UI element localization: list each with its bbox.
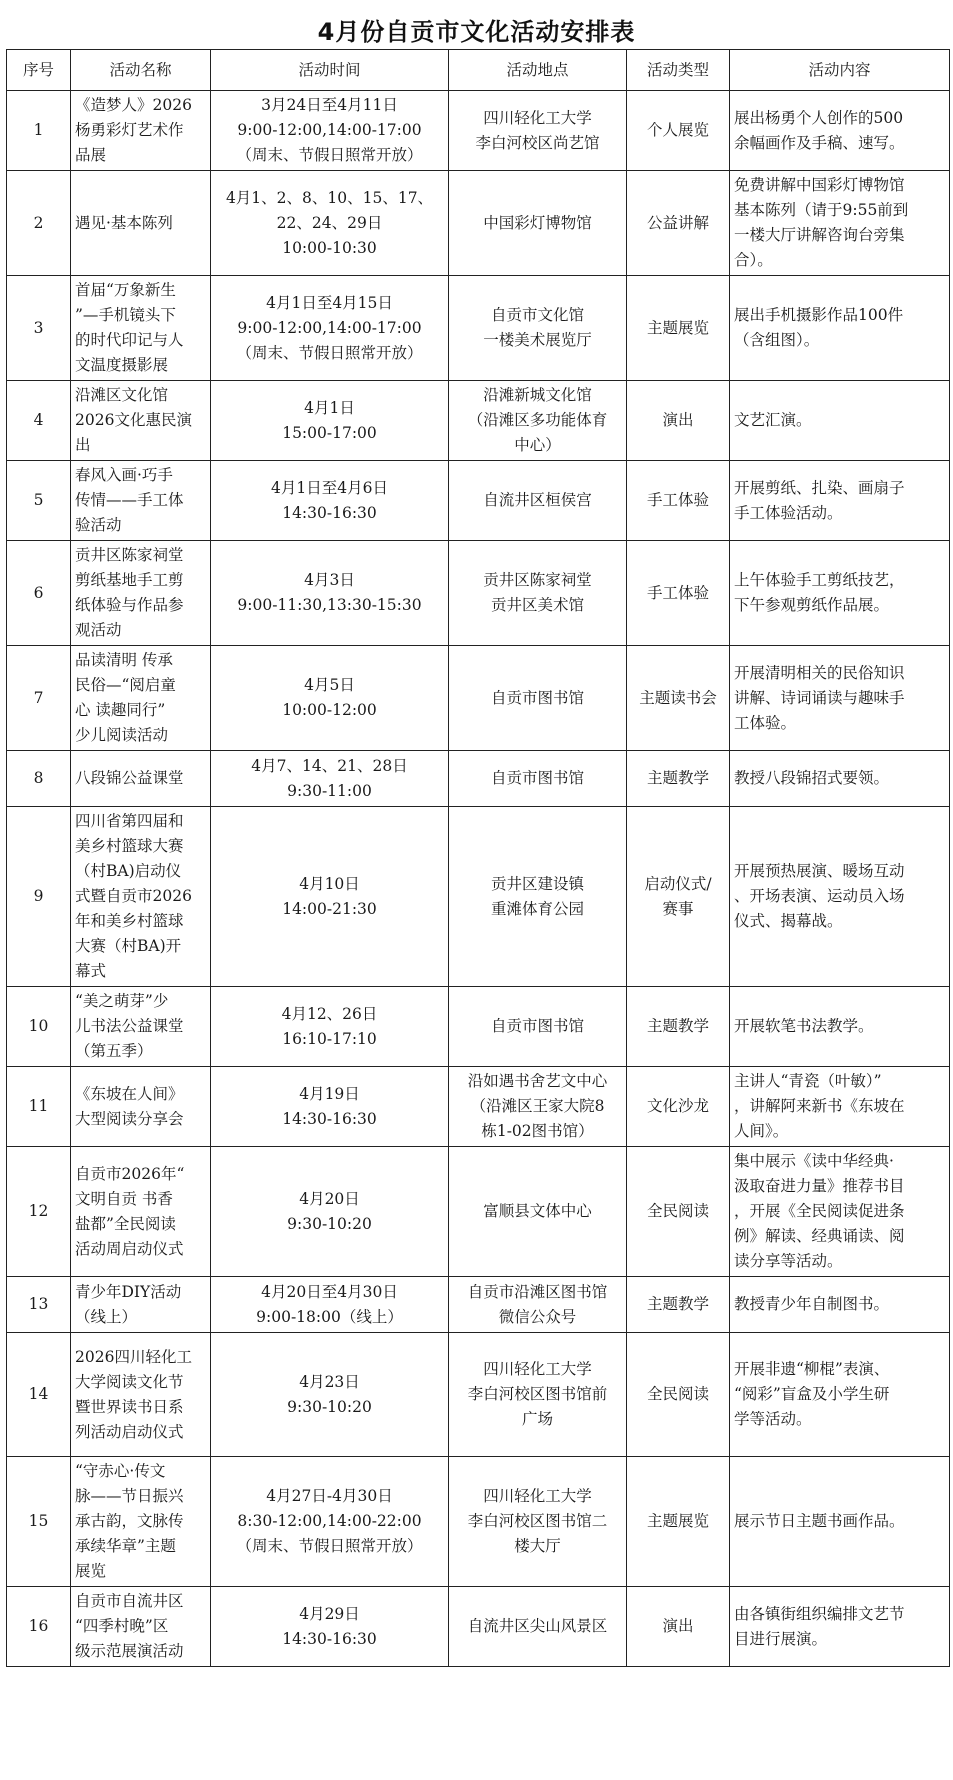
cell-activity-name: 《东坡在人间》大型阅读分享会 <box>71 1067 211 1147</box>
cell-activity-time: 4月27日-4月30日8:30-12:00,14:00-22:00（周末、节假日… <box>211 1457 449 1587</box>
cell-activity-name: 沿滩区文化馆2026文化惠民演出 <box>71 381 211 461</box>
cell-activity-content-line: “阅彩”盲盒及小学生研 <box>734 1382 945 1407</box>
cell-activity-name-line: 2026四川轻化工 <box>75 1345 206 1370</box>
cell-activity-time-line: 14:30-16:30 <box>215 501 444 526</box>
cell-activity-time-line: 4月3日 <box>215 568 444 593</box>
cell-activity-name-line: （线上） <box>75 1305 206 1330</box>
cell-activity-type: 演出 <box>627 1587 730 1667</box>
table-row: 2遇见·基本陈列4月1、2、8、10、15、17、22、24、29日10:00-… <box>7 171 950 276</box>
cell-activity-name-line: 脉——节日振兴 <box>75 1484 206 1509</box>
cell-activity-place-line: （沿滩区王家大院8 <box>453 1094 622 1119</box>
cell-activity-type: 全民阅读 <box>627 1333 730 1457</box>
cell-activity-content-line: ，开展《全民阅读促进条 <box>734 1199 945 1224</box>
cell-activity-name: 自贡市2026年“文明自贡 书香盐都”全民阅读活动周启动仪式 <box>71 1147 211 1277</box>
cell-activity-content-line: 教授青少年自制图书。 <box>734 1292 945 1317</box>
cell-activity-content: 教授八段锦招式要领。 <box>730 751 950 807</box>
cell-activity-time-line: 9:00-18:00（线上） <box>215 1305 444 1330</box>
cell-activity-content: 由各镇街组织编排文艺节目进行展演。 <box>730 1587 950 1667</box>
cell-activity-type-line: 主题教学 <box>631 1292 725 1317</box>
cell-activity-name: 自贡市自流井区“四季村晚”区级示范展演活动 <box>71 1587 211 1667</box>
cell-activity-type: 公益讲解 <box>627 171 730 276</box>
cell-activity-content-line: 文艺汇演。 <box>734 408 945 433</box>
cell-activity-time: 4月23日9:30-10:20 <box>211 1333 449 1457</box>
cell-activity-content: 免费讲解中国彩灯博物馆基本陈列（请于9:55前到一楼大厅讲解咨询台旁集合）。 <box>730 171 950 276</box>
cell-no: 12 <box>7 1147 71 1277</box>
cell-activity-place-line: 自贡市图书馆 <box>453 1014 622 1039</box>
cell-activity-place-line: 栋1-02图书馆） <box>453 1119 622 1144</box>
cell-activity-place-line: 中心） <box>453 433 622 458</box>
table-row: 12自贡市2026年“文明自贡 书香盐都”全民阅读活动周启动仪式4月20日9:3… <box>7 1147 950 1277</box>
cell-no: 11 <box>7 1067 71 1147</box>
cell-activity-time-line: 4月20日 <box>215 1187 444 1212</box>
cell-no: 4 <box>7 381 71 461</box>
table-row: 10“美之萌芽”少儿书法公益课堂（第五季）4月12、26日16:10-17:10… <box>7 987 950 1067</box>
cell-activity-content-line: 基本陈列（请于9:55前到 <box>734 198 945 223</box>
cell-activity-place: 自贡市文化馆一楼美术展览厅 <box>449 276 627 381</box>
cell-activity-place: 自流井区桓侯宫 <box>449 461 627 541</box>
cell-activity-name-line: 剪纸基地手工剪 <box>75 568 206 593</box>
cell-activity-name-line: 暨世界读书日系 <box>75 1395 206 1420</box>
cell-activity-type: 个人展览 <box>627 91 730 171</box>
table-row: 15“守赤心·传文脉——节日振兴承古韵，文脉传承续华章”主题展览4月27日-4月… <box>7 1457 950 1587</box>
cell-activity-time-line: 22、24、29日 <box>215 211 444 236</box>
cell-activity-time-line: 10:00-10:30 <box>215 236 444 261</box>
cell-activity-content-line: 展出手机摄影作品100件 <box>734 303 945 328</box>
cell-no: 8 <box>7 751 71 807</box>
cell-activity-name-line: （村BA)启动仪 <box>75 859 206 884</box>
cell-activity-place: 贡井区建设镇重滩体育公园 <box>449 807 627 987</box>
cell-activity-type-line: 赛事 <box>631 897 725 922</box>
cell-activity-name-line: 传情——手工体 <box>75 488 206 513</box>
cell-activity-place-line: 自流井区尖山风景区 <box>453 1614 622 1639</box>
cell-activity-name-line: 《东坡在人间》 <box>75 1082 206 1107</box>
cell-activity-content-line: 上午体验手工剪纸技艺， <box>734 568 945 593</box>
cell-activity-name-line: ”—手机镜头下 <box>75 303 206 328</box>
cell-activity-content: 文艺汇演。 <box>730 381 950 461</box>
cell-activity-content-line: 开展清明相关的民俗知识 <box>734 661 945 686</box>
cell-activity-name-line: 的时代印记与人 <box>75 328 206 353</box>
cell-no: 1 <box>7 91 71 171</box>
cell-activity-name-line: 沿滩区文化馆 <box>75 383 206 408</box>
cell-no: 2 <box>7 171 71 276</box>
cell-activity-name-line: “守赤心·传文 <box>75 1459 206 1484</box>
cell-activity-time-line: 4月1、2、8、10、15、17、 <box>215 186 444 211</box>
cell-activity-name-line: 盐都”全民阅读 <box>75 1212 206 1237</box>
header-time: 活动时间 <box>211 50 449 91</box>
cell-activity-place-line: 四川轻化工大学 <box>453 1357 622 1382</box>
cell-activity-content: 集中展示《读中华经典·汲取奋进力量》推荐书目，开展《全民阅读促进条例》解读、经典… <box>730 1147 950 1277</box>
cell-activity-type: 启动仪式/赛事 <box>627 807 730 987</box>
cell-activity-name-line: 展览 <box>75 1559 206 1584</box>
cell-activity-place-line: 四川轻化工大学 <box>453 106 622 131</box>
cell-activity-name-line: 少儿阅读活动 <box>75 723 206 748</box>
table-row: 1《造梦人》2026杨勇彩灯艺术作品展3月24日至4月11日9:00-12:00… <box>7 91 950 171</box>
cell-activity-name-line: 大赛（村BA)开 <box>75 934 206 959</box>
cell-activity-name-line: 幕式 <box>75 959 206 984</box>
cell-activity-place-line: 李白河校区图书馆前 <box>453 1382 622 1407</box>
cell-activity-time-line: 9:00-11:30,13:30-15:30 <box>215 593 444 618</box>
cell-activity-name: “美之萌芽”少儿书法公益课堂（第五季） <box>71 987 211 1067</box>
cell-activity-name-line: 级示范展演活动 <box>75 1639 206 1664</box>
cell-activity-content: 开展非遗“柳棍”表演、“阅彩”盲盒及小学生研学等活动。 <box>730 1333 950 1457</box>
table-row: 6贡井区陈家祠堂剪纸基地手工剪纸体验与作品参观活动4月3日9:00-11:30,… <box>7 541 950 646</box>
cell-activity-time: 4月1日15:00-17:00 <box>211 381 449 461</box>
cell-activity-place-line: 李白河校区图书馆二 <box>453 1509 622 1534</box>
cell-activity-content-line: 仪式、揭幕战。 <box>734 909 945 934</box>
cell-activity-place-line: 微信公众号 <box>453 1305 622 1330</box>
cell-activity-name: 2026四川轻化工大学阅读文化节暨世界读书日系列活动启动仪式 <box>71 1333 211 1457</box>
cell-activity-content-line: （含组图）。 <box>734 328 945 353</box>
cell-activity-name: “守赤心·传文脉——节日振兴承古韵，文脉传承续华章”主题展览 <box>71 1457 211 1587</box>
cell-activity-place: 自贡市图书馆 <box>449 646 627 751</box>
cell-activity-time: 4月20日9:30-10:20 <box>211 1147 449 1277</box>
cell-activity-place: 自贡市图书馆 <box>449 987 627 1067</box>
header-place: 活动地点 <box>449 50 627 91</box>
cell-activity-time-line: （周末、节假日照常开放） <box>215 1534 444 1559</box>
cell-activity-content-line: 讲解、诗词诵读与趣味手 <box>734 686 945 711</box>
cell-activity-name-line: 活动周启动仪式 <box>75 1237 206 1262</box>
cell-activity-time-line: 3月24日至4月11日 <box>215 93 444 118</box>
cell-no: 13 <box>7 1277 71 1333</box>
cell-activity-content-line: 、开场表演、运动员入场 <box>734 884 945 909</box>
table-row: 142026四川轻化工大学阅读文化节暨世界读书日系列活动启动仪式4月23日9:3… <box>7 1333 950 1457</box>
cell-activity-name-line: “美之萌芽”少 <box>75 989 206 1014</box>
cell-activity-content-line: 展出杨勇个人创作的500 <box>734 106 945 131</box>
cell-activity-name-line: 遇见·基本陈列 <box>75 211 206 236</box>
cell-activity-content-line: 例》解读、经典诵读、阅 <box>734 1224 945 1249</box>
cell-activity-type-line: 主题读书会 <box>631 686 725 711</box>
cell-activity-name-line: 四川省第四届和 <box>75 809 206 834</box>
cell-activity-content-line: 开展软笔书法教学。 <box>734 1014 945 1039</box>
cell-activity-place-line: 一楼美术展览厅 <box>453 328 622 353</box>
cell-activity-content-line: 主讲人“青瓷（叶敏）” <box>734 1069 945 1094</box>
cell-activity-place: 沿如遇书舍艺文中心（沿滩区王家大院8栋1-02图书馆） <box>449 1067 627 1147</box>
cell-activity-place-line: 自贡市图书馆 <box>453 686 622 711</box>
cell-activity-content-line: 开展非遗“柳棍”表演、 <box>734 1357 945 1382</box>
cell-activity-name-line: 出 <box>75 433 206 458</box>
table-row: 11《东坡在人间》大型阅读分享会4月19日14:30-16:30沿如遇书舍艺文中… <box>7 1067 950 1147</box>
cell-activity-name-line: （第五季） <box>75 1039 206 1064</box>
cell-activity-type-line: 公益讲解 <box>631 211 725 236</box>
cell-activity-type: 主题教学 <box>627 1277 730 1333</box>
cell-activity-time-line: 4月10日 <box>215 872 444 897</box>
cell-activity-type: 主题教学 <box>627 987 730 1067</box>
cell-activity-time: 4月29日14:30-16:30 <box>211 1587 449 1667</box>
cell-activity-name: 青少年DIY活动（线上） <box>71 1277 211 1333</box>
cell-activity-place-line: 贡井区建设镇 <box>453 872 622 897</box>
cell-activity-place: 四川轻化工大学李白河校区尚艺馆 <box>449 91 627 171</box>
cell-activity-name-line: 承续华章”主题 <box>75 1534 206 1559</box>
cell-activity-type-line: 手工体验 <box>631 581 725 606</box>
cell-activity-place: 自贡市图书馆 <box>449 751 627 807</box>
cell-no: 7 <box>7 646 71 751</box>
cell-activity-name-line: 首届“万象新生 <box>75 278 206 303</box>
cell-activity-content-line: 人间》。 <box>734 1119 945 1144</box>
cell-activity-content-line: 手工体验活动。 <box>734 501 945 526</box>
header-no: 序号 <box>7 50 71 91</box>
cell-activity-content: 开展预热展演、暖场互动、开场表演、运动员入场仪式、揭幕战。 <box>730 807 950 987</box>
cell-activity-type-line: 全民阅读 <box>631 1199 725 1224</box>
cell-activity-name-line: 自贡市自流井区 <box>75 1589 206 1614</box>
cell-activity-name: 春风入画·巧手传情——手工体验活动 <box>71 461 211 541</box>
cell-activity-time-line: 4月5日 <box>215 673 444 698</box>
cell-activity-content-line: 工体验。 <box>734 711 945 736</box>
cell-activity-place: 四川轻化工大学李白河校区图书馆二楼大厅 <box>449 1457 627 1587</box>
cell-no: 5 <box>7 461 71 541</box>
cell-activity-time-line: 9:30-11:00 <box>215 779 444 804</box>
cell-activity-name: 首届“万象新生”—手机镜头下的时代印记与人文温度摄影展 <box>71 276 211 381</box>
cell-activity-content: 开展软笔书法教学。 <box>730 987 950 1067</box>
table-row: 3首届“万象新生”—手机镜头下的时代印记与人文温度摄影展4月1日至4月15日9:… <box>7 276 950 381</box>
cell-activity-time-line: 10:00-12:00 <box>215 698 444 723</box>
cell-activity-time-line: 9:00-12:00,14:00-17:00 <box>215 316 444 341</box>
cell-activity-name-line: 纸体验与作品参 <box>75 593 206 618</box>
table-row: 4沿滩区文化馆2026文化惠民演出4月1日15:00-17:00沿滩新城文化馆（… <box>7 381 950 461</box>
cell-activity-name-line: 2026文化惠民演 <box>75 408 206 433</box>
cell-activity-type-line: 演出 <box>631 1614 725 1639</box>
cell-activity-time: 4月12、26日16:10-17:10 <box>211 987 449 1067</box>
cell-activity-place-line: 四川轻化工大学 <box>453 1484 622 1509</box>
cell-no: 15 <box>7 1457 71 1587</box>
cell-activity-time: 4月10日14:00-21:30 <box>211 807 449 987</box>
cell-activity-type: 主题展览 <box>627 1457 730 1587</box>
cell-activity-time: 4月5日10:00-12:00 <box>211 646 449 751</box>
cell-activity-place: 自流井区尖山风景区 <box>449 1587 627 1667</box>
cell-activity-type-line: 手工体验 <box>631 488 725 513</box>
cell-activity-name-line: 自贡市2026年“ <box>75 1162 206 1187</box>
cell-activity-name-line: 《造梦人》2026 <box>75 93 206 118</box>
cell-activity-time: 3月24日至4月11日9:00-12:00,14:00-17:00（周末、节假日… <box>211 91 449 171</box>
cell-activity-name: 品读清明 传承民俗—“阅启童心 读趣同行”少儿阅读活动 <box>71 646 211 751</box>
cell-no: 6 <box>7 541 71 646</box>
cell-activity-type: 主题教学 <box>627 751 730 807</box>
cell-activity-name-line: 列活动启动仪式 <box>75 1420 206 1445</box>
cell-activity-content-line: 开展剪纸、扎染、画扇子 <box>734 476 945 501</box>
cell-activity-time-line: 4月19日 <box>215 1082 444 1107</box>
cell-activity-place-line: 富顺县文体中心 <box>453 1199 622 1224</box>
cell-activity-name-line: 大学阅读文化节 <box>75 1370 206 1395</box>
cell-activity-name-line: 年和美乡村篮球 <box>75 909 206 934</box>
cell-activity-place-line: 自贡市文化馆 <box>453 303 622 328</box>
cell-activity-place-line: 广场 <box>453 1407 622 1432</box>
header-name: 活动名称 <box>71 50 211 91</box>
cell-activity-content: 开展剪纸、扎染、画扇子手工体验活动。 <box>730 461 950 541</box>
cell-activity-name-line: 心 读趣同行” <box>75 698 206 723</box>
cell-activity-name-line: “四季村晚”区 <box>75 1614 206 1639</box>
cell-activity-type-line: 演出 <box>631 408 725 433</box>
cell-activity-type: 全民阅读 <box>627 1147 730 1277</box>
cell-no: 3 <box>7 276 71 381</box>
table-row: 13青少年DIY活动（线上）4月20日至4月30日9:00-18:00（线上）自… <box>7 1277 950 1333</box>
cell-activity-time-line: 4月12、26日 <box>215 1002 444 1027</box>
header-content: 活动内容 <box>730 50 950 91</box>
cell-activity-place-line: 沿滩新城文化馆 <box>453 383 622 408</box>
cell-activity-content-line: 合）。 <box>734 248 945 273</box>
cell-activity-time: 4月1日至4月15日9:00-12:00,14:00-17:00（周末、节假日照… <box>211 276 449 381</box>
cell-activity-type: 主题读书会 <box>627 646 730 751</box>
table-row: 16自贡市自流井区“四季村晚”区级示范展演活动4月29日14:30-16:30自… <box>7 1587 950 1667</box>
cell-activity-name-line: 美乡村篮球大赛 <box>75 834 206 859</box>
cell-activity-content-line: 展示节日主题书画作品。 <box>734 1509 945 1534</box>
cell-activity-content: 上午体验手工剪纸技艺，下午参观剪纸作品展。 <box>730 541 950 646</box>
cell-activity-content-line: ，讲解阿来新书《东坡在 <box>734 1094 945 1119</box>
cell-activity-name: 遇见·基本陈列 <box>71 171 211 276</box>
cell-activity-time-line: 4月7、14、21、28日 <box>215 754 444 779</box>
cell-no: 16 <box>7 1587 71 1667</box>
cell-activity-time-line: 4月29日 <box>215 1602 444 1627</box>
cell-activity-place-line: 贡井区陈家祠堂 <box>453 568 622 593</box>
cell-activity-place-line: 贡井区美术馆 <box>453 593 622 618</box>
cell-activity-time-line: 9:30-10:20 <box>215 1395 444 1420</box>
cell-activity-time-line: 4月23日 <box>215 1370 444 1395</box>
cell-activity-time-line: 14:30-16:30 <box>215 1107 444 1132</box>
cell-activity-name-line: 式暨自贡市2026 <box>75 884 206 909</box>
cell-activity-content-line: 一楼大厅讲解咨询台旁集 <box>734 223 945 248</box>
cell-activity-content-line: 集中展示《读中华经典· <box>734 1149 945 1174</box>
cell-activity-type-line: 启动仪式/ <box>631 872 725 897</box>
cell-activity-time-line: 9:30-10:20 <box>215 1212 444 1237</box>
cell-activity-place: 贡井区陈家祠堂贡井区美术馆 <box>449 541 627 646</box>
cell-activity-type-line: 主题展览 <box>631 316 725 341</box>
cell-activity-content: 开展清明相关的民俗知识讲解、诗词诵读与趣味手工体验。 <box>730 646 950 751</box>
cell-activity-name-line: 品展 <box>75 143 206 168</box>
cell-activity-name-line: 杨勇彩灯艺术作 <box>75 118 206 143</box>
table-header-row: 序号 活动名称 活动时间 活动地点 活动类型 活动内容 <box>7 50 950 91</box>
cell-activity-name: 贡井区陈家祠堂剪纸基地手工剪纸体验与作品参观活动 <box>71 541 211 646</box>
cell-activity-time: 4月1、2、8、10、15、17、22、24、29日10:00-10:30 <box>211 171 449 276</box>
cell-activity-place-line: 自贡市图书馆 <box>453 766 622 791</box>
cell-activity-time-line: 14:30-16:30 <box>215 1627 444 1652</box>
cell-activity-time-line: 14:00-21:30 <box>215 897 444 922</box>
table-row: 7品读清明 传承民俗—“阅启童心 读趣同行”少儿阅读活动4月5日10:00-12… <box>7 646 950 751</box>
cell-activity-time-line: 4月1日至4月15日 <box>215 291 444 316</box>
cell-activity-name-line: 春风入画·巧手 <box>75 463 206 488</box>
cell-activity-time: 4月1日至4月6日14:30-16:30 <box>211 461 449 541</box>
cell-activity-name: 八段锦公益课堂 <box>71 751 211 807</box>
cell-activity-type: 主题展览 <box>627 276 730 381</box>
cell-activity-name-line: 文温度摄影展 <box>75 353 206 378</box>
cell-activity-content-line: 学等活动。 <box>734 1407 945 1432</box>
header-type: 活动类型 <box>627 50 730 91</box>
cell-activity-content-line: 由各镇街组织编排文艺节 <box>734 1602 945 1627</box>
cell-activity-type-line: 主题教学 <box>631 1014 725 1039</box>
cell-activity-name-line: 青少年DIY活动 <box>75 1280 206 1305</box>
cell-activity-content-line: 目进行展演。 <box>734 1627 945 1652</box>
cell-activity-place-line: 重滩体育公园 <box>453 897 622 922</box>
cell-activity-type: 演出 <box>627 381 730 461</box>
cell-activity-content-line: 免费讲解中国彩灯博物馆 <box>734 173 945 198</box>
activity-schedule-table: 序号 活动名称 活动时间 活动地点 活动类型 活动内容 1《造梦人》2026杨勇… <box>6 49 950 1667</box>
table-row: 5春风入画·巧手传情——手工体验活动4月1日至4月6日14:30-16:30自流… <box>7 461 950 541</box>
cell-activity-type-line: 文化沙龙 <box>631 1094 725 1119</box>
cell-activity-name-line: 承古韵，文脉传 <box>75 1509 206 1534</box>
cell-activity-content: 展示节日主题书画作品。 <box>730 1457 950 1587</box>
cell-activity-place: 四川轻化工大学李白河校区图书馆前广场 <box>449 1333 627 1457</box>
cell-activity-place-line: 自贡市沿滩区图书馆 <box>453 1280 622 1305</box>
cell-activity-time-line: 15:00-17:00 <box>215 421 444 446</box>
cell-activity-time-line: （周末、节假日照常开放） <box>215 143 444 168</box>
cell-activity-name: 《造梦人》2026杨勇彩灯艺术作品展 <box>71 91 211 171</box>
cell-activity-time-line: 4月1日至4月6日 <box>215 476 444 501</box>
cell-activity-place-line: 中国彩灯博物馆 <box>453 211 622 236</box>
cell-activity-place-line: 李白河校区尚艺馆 <box>453 131 622 156</box>
cell-activity-content-line: 汲取奋进力量》推荐书目 <box>734 1174 945 1199</box>
cell-activity-place: 自贡市沿滩区图书馆微信公众号 <box>449 1277 627 1333</box>
cell-no: 9 <box>7 807 71 987</box>
cell-activity-name-line: 八段锦公益课堂 <box>75 766 206 791</box>
cell-activity-name-line: 民俗—“阅启童 <box>75 673 206 698</box>
table-row: 9四川省第四届和美乡村篮球大赛（村BA)启动仪式暨自贡市2026年和美乡村篮球大… <box>7 807 950 987</box>
cell-activity-time: 4月3日9:00-11:30,13:30-15:30 <box>211 541 449 646</box>
cell-activity-content-line: 开展预热展演、暖场互动 <box>734 859 945 884</box>
cell-activity-content-line: 余幅画作及手稿、速写。 <box>734 131 945 156</box>
cell-activity-name-line: 观活动 <box>75 618 206 643</box>
cell-activity-time-line: 4月27日-4月30日 <box>215 1484 444 1509</box>
cell-activity-name-line: 品读清明 传承 <box>75 648 206 673</box>
cell-activity-content-line: 读分享等活动。 <box>734 1249 945 1274</box>
cell-activity-place-line: 沿如遇书舍艺文中心 <box>453 1069 622 1094</box>
cell-activity-place: 中国彩灯博物馆 <box>449 171 627 276</box>
cell-activity-time: 4月7、14、21、28日9:30-11:00 <box>211 751 449 807</box>
cell-activity-type-line: 个人展览 <box>631 118 725 143</box>
cell-no: 14 <box>7 1333 71 1457</box>
cell-activity-type: 手工体验 <box>627 461 730 541</box>
cell-activity-type-line: 主题教学 <box>631 766 725 791</box>
cell-activity-content: 主讲人“青瓷（叶敏）”，讲解阿来新书《东坡在人间》。 <box>730 1067 950 1147</box>
cell-activity-type-line: 主题展览 <box>631 1509 725 1534</box>
cell-activity-name-line: 大型阅读分享会 <box>75 1107 206 1132</box>
cell-activity-time-line: 16:10-17:10 <box>215 1027 444 1052</box>
cell-activity-name-line: 验活动 <box>75 513 206 538</box>
cell-activity-time-line: 9:00-12:00,14:00-17:00 <box>215 118 444 143</box>
cell-activity-content-line: 下午参观剪纸作品展。 <box>734 593 945 618</box>
document-title: 4月份自贡市文化活动安排表 <box>0 12 953 47</box>
cell-activity-type-line: 全民阅读 <box>631 1382 725 1407</box>
cell-activity-name-line: 文明自贡 书香 <box>75 1187 206 1212</box>
cell-activity-content: 展出杨勇个人创作的500余幅画作及手稿、速写。 <box>730 91 950 171</box>
cell-activity-time: 4月20日至4月30日9:00-18:00（线上） <box>211 1277 449 1333</box>
cell-activity-place-line: 自流井区桓侯宫 <box>453 488 622 513</box>
cell-activity-name-line: 儿书法公益课堂 <box>75 1014 206 1039</box>
cell-activity-type: 手工体验 <box>627 541 730 646</box>
cell-activity-time-line: 4月20日至4月30日 <box>215 1280 444 1305</box>
table-row: 8八段锦公益课堂4月7、14、21、28日9:30-11:00自贡市图书馆主题教… <box>7 751 950 807</box>
cell-activity-name: 四川省第四届和美乡村篮球大赛（村BA)启动仪式暨自贡市2026年和美乡村篮球大赛… <box>71 807 211 987</box>
cell-activity-name-line: 贡井区陈家祠堂 <box>75 543 206 568</box>
cell-activity-time-line: 8:30-12:00,14:00-22:00 <box>215 1509 444 1534</box>
cell-activity-time: 4月19日14:30-16:30 <box>211 1067 449 1147</box>
cell-activity-place-line: （沿滩区多功能体育 <box>453 408 622 433</box>
table-body: 1《造梦人》2026杨勇彩灯艺术作品展3月24日至4月11日9:00-12:00… <box>7 91 950 1667</box>
cell-activity-type: 文化沙龙 <box>627 1067 730 1147</box>
cell-activity-place: 沿滩新城文化馆（沿滩区多功能体育中心） <box>449 381 627 461</box>
cell-activity-content: 展出手机摄影作品100件（含组图）。 <box>730 276 950 381</box>
cell-no: 10 <box>7 987 71 1067</box>
cell-activity-content-line: 教授八段锦招式要领。 <box>734 766 945 791</box>
cell-activity-content: 教授青少年自制图书。 <box>730 1277 950 1333</box>
cell-activity-time-line: （周末、节假日照常开放） <box>215 341 444 366</box>
cell-activity-place: 富顺县文体中心 <box>449 1147 627 1277</box>
cell-activity-place-line: 楼大厅 <box>453 1534 622 1559</box>
cell-activity-time-line: 4月1日 <box>215 396 444 421</box>
